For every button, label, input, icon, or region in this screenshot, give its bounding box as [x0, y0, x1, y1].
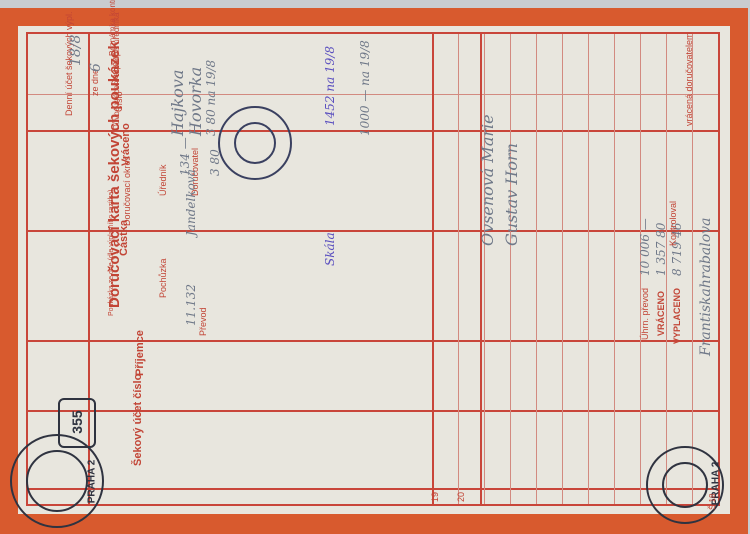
- signature-1: Ovsenová Marie: [478, 114, 497, 246]
- clerk-value: Hajkova: [168, 70, 187, 136]
- number-value: 6: [88, 63, 104, 72]
- row-number: 19: [430, 492, 440, 502]
- paid-label: VYPLACENO: [672, 288, 682, 344]
- signature-2: Gustav Horn: [502, 143, 521, 246]
- checked-label: Kontroloval: [668, 201, 678, 246]
- handwritten-a: Frantiskahrabalova: [698, 218, 714, 356]
- postmark-stamp-3: [218, 106, 292, 180]
- footer-code: Š 18: [708, 494, 717, 510]
- row-2-returned: 3 80 na 19/8: [204, 60, 218, 136]
- returned-carrier-label: vrácená doručovatelem: [684, 32, 694, 126]
- carrier-value: Hovorka: [186, 67, 205, 136]
- document-border: Doručovací karta šekových poukázek Doruč…: [0, 8, 748, 534]
- col-delivery-label: Doručné: [110, 52, 120, 86]
- body-start: [432, 34, 434, 504]
- box-stamp-number: 355: [69, 405, 85, 439]
- col-account-label: Šekový účet číslo: [132, 374, 144, 466]
- summary-divider: [480, 34, 482, 504]
- row-1-amount: 134 —: [178, 137, 192, 176]
- date-prefix: ze dne: [90, 69, 100, 96]
- row-number: 20: [456, 492, 466, 502]
- postmark-stamp-2: PRAHA 2: [646, 446, 724, 524]
- row-1-account: 11.132: [184, 284, 198, 326]
- col-date-label: Poukázka ze dne (dle výplatního razítka): [108, 190, 115, 316]
- col-amount-label: Částka: [118, 220, 130, 256]
- prevod-label: Převod: [198, 307, 208, 336]
- col-returned-label: Vráceno: [120, 123, 132, 166]
- form-frame: [26, 32, 720, 506]
- postmark-stamp-1: PRAHA 2: [10, 434, 104, 528]
- row-1-recipient: Jandelková: [184, 169, 198, 236]
- paper: Doručovací karta šekových poukázek Doruč…: [18, 26, 730, 514]
- district-label: Doručovací okres: [122, 156, 132, 226]
- col-note-label: Poznámka kontroly: [108, 0, 117, 56]
- row-10-recipient: Skála: [323, 232, 337, 266]
- transfer-label: Úhrn. převod: [640, 288, 650, 340]
- postmark-city: PRAHA 2: [86, 460, 97, 504]
- clerk-label: Úředník: [158, 164, 168, 196]
- date-value: 18/8: [68, 35, 84, 66]
- summary-total: 10 006 —: [638, 218, 652, 276]
- col-recipient-label: Příjemce: [134, 330, 146, 376]
- pochuzka-label: Pochůzka: [158, 258, 168, 298]
- row-10-returned: 1452 na 19/8: [323, 46, 337, 126]
- row-13-returned: 1000 — na 19/8: [358, 40, 372, 136]
- returned-label: VRÁCENO: [656, 291, 666, 336]
- summary-returned: 1 357 80: [654, 223, 668, 276]
